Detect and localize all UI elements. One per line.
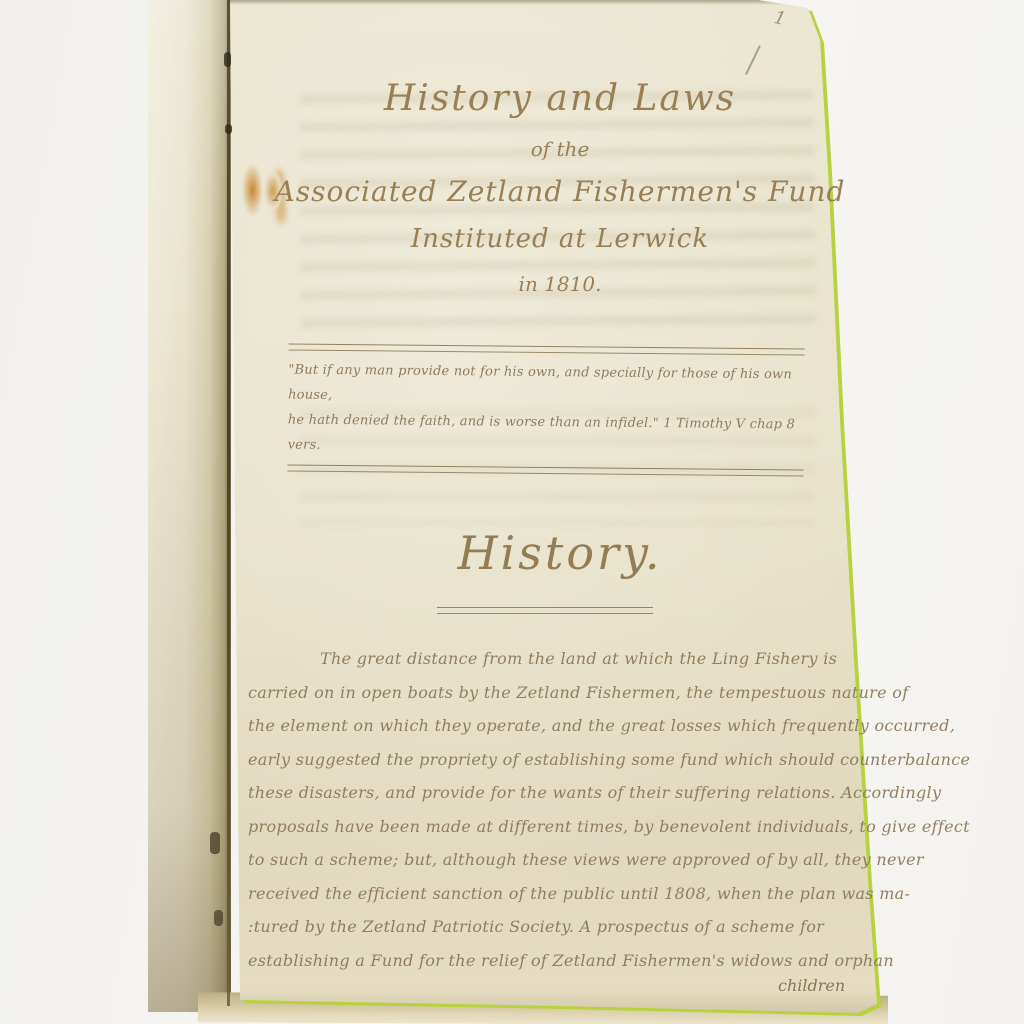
- body-line: early suggested the propriety of establi…: [248, 743, 914, 777]
- catchword: children: [778, 976, 845, 995]
- scripture-epigraph: "But if any man provide not for his own,…: [287, 344, 804, 477]
- manuscript-photo: 1 History and Laws of the Associated Zet…: [0, 0, 1024, 1024]
- title-line-main: History and Laws: [240, 78, 880, 119]
- body-line: :tured by the Zetland Patriotic Society.…: [248, 910, 914, 944]
- body-line: received the efficient sanction of the p…: [248, 877, 914, 911]
- title-line-of-the: of the: [240, 137, 880, 161]
- body-line: the element on which they operate, and t…: [248, 709, 914, 743]
- body-line: carried on in open boats by the Zetland …: [248, 676, 914, 710]
- binding-stitch: [225, 124, 232, 134]
- body-line: these disasters, and provide for the wan…: [248, 776, 914, 810]
- body-line: proposals have been made at different ti…: [248, 810, 914, 844]
- binding-stitch: [224, 52, 231, 67]
- facing-page-edge: [148, 0, 231, 1012]
- section-heading-underline: [437, 607, 653, 614]
- title-line-year: in 1810.: [240, 272, 880, 296]
- title-line-instituted: Instituted at Lerwick: [240, 224, 880, 254]
- body-line: The great distance from the land at whic…: [248, 642, 914, 676]
- epigraph-line-2: he hath denied the faith, and is worse t…: [288, 408, 804, 463]
- binding-gutter: [227, 0, 230, 1006]
- binding-stitch: [214, 910, 223, 926]
- title-line-fund-name: Associated Zetland Fishermen's Fund: [240, 175, 880, 208]
- body-paragraph: The great distance from the land at whic…: [248, 642, 914, 977]
- section-heading: History.: [320, 526, 800, 580]
- epigraph-line-1: "But if any man provide not for his own,…: [288, 358, 804, 413]
- title-block: History and Laws of the Associated Zetla…: [240, 78, 880, 296]
- body-line: establishing a Fund for the relief of Ze…: [248, 944, 914, 978]
- binding-stitch: [210, 832, 220, 854]
- body-line: to such a scheme; but, although these vi…: [248, 843, 914, 877]
